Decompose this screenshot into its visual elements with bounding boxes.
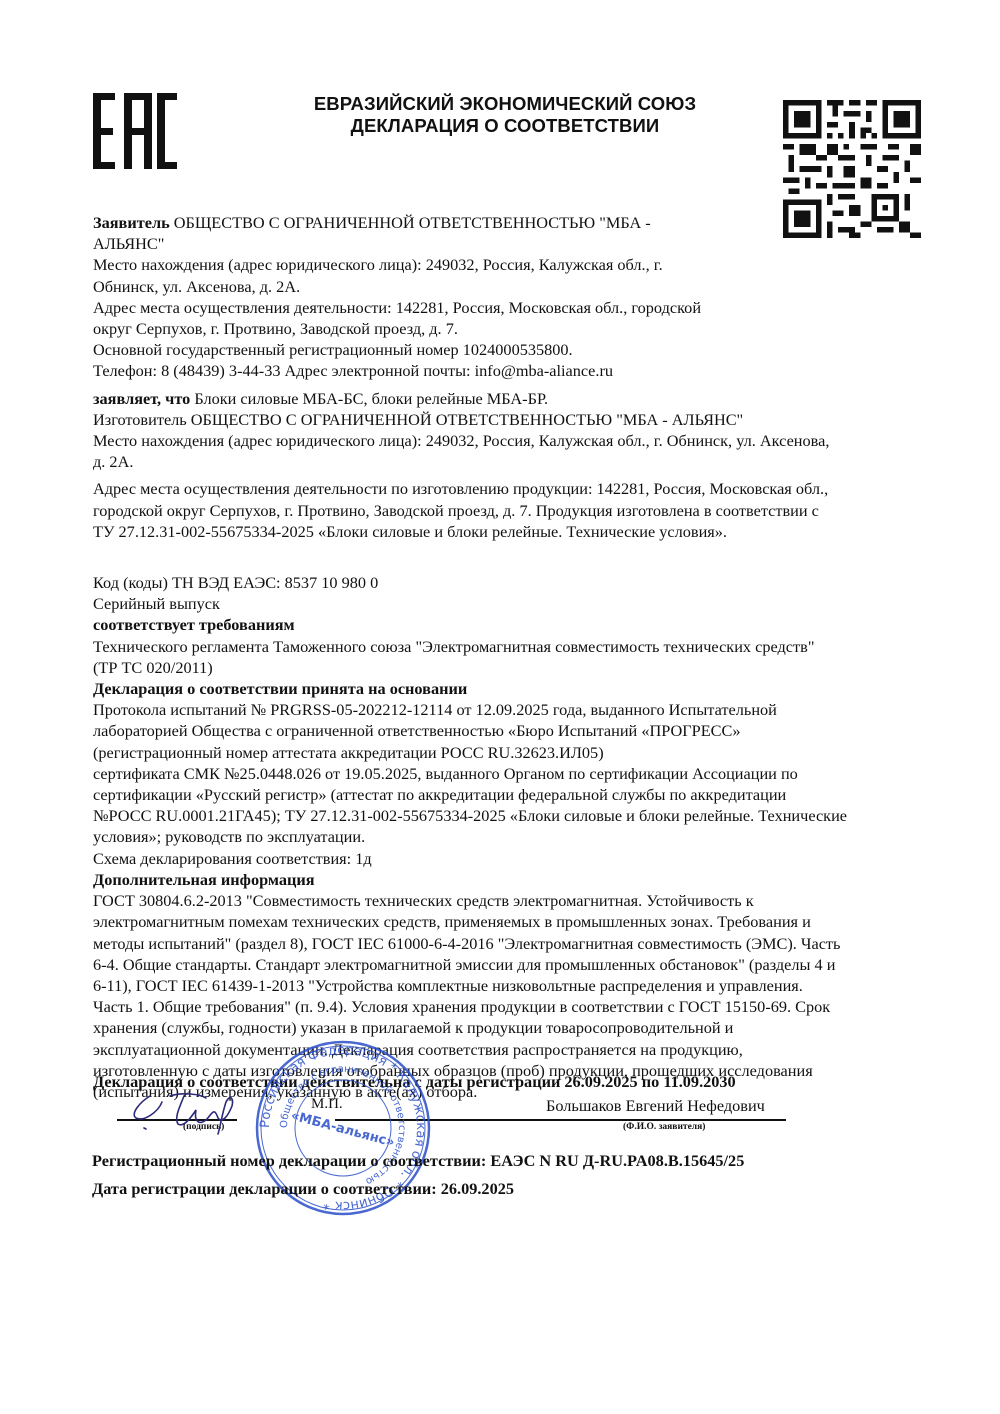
- applicant-name: ОБЩЕСТВО С ОГРАНИЧЕННОЙ ОТВЕТСТВЕННОСТЬЮ…: [170, 213, 651, 232]
- basis-line: лабораторией Общества с ограниченной отв…: [93, 720, 913, 741]
- declaration-body: Заявитель ОБЩЕСТВО С ОГРАНИЧЕННОЙ ОТВЕТС…: [93, 212, 913, 1102]
- registration-date: Дата регистрации декларации о соответств…: [92, 1179, 514, 1199]
- additional-line: 6-4. Общие стандарты. Стандарт электрома…: [93, 954, 913, 975]
- manufacturer: Изготовитель ОБЩЕСТВО С ОГРАНИЧЕННОЙ ОТВ…: [93, 409, 913, 430]
- declares-label: заявляет, что: [93, 389, 190, 408]
- basis-line: сертификата СМК №25.0448.026 от 19.05.20…: [93, 763, 913, 784]
- basis-line: Протокола испытаний № PRGRSS-05-202212-1…: [93, 699, 913, 720]
- basis-line: Схема декларирования соответствия: 1д: [93, 848, 913, 869]
- applicant-label: Заявитель: [93, 213, 170, 232]
- compliance-regulation: Технического регламента Таможенного союз…: [93, 636, 913, 657]
- manufacturer-address-cont: д. 2А.: [93, 451, 913, 472]
- seal-place-label: М.П.: [311, 1096, 343, 1113]
- declares-line: заявляет, что Блоки силовые МБА-БС, блок…: [93, 388, 913, 409]
- production-address-cont: городской округ Серпухов, г. Протвино, З…: [93, 500, 913, 521]
- applicant-activity-address-cont: округ Серпухов, г. Протвино, Заводской п…: [93, 318, 913, 339]
- manufacturer-address: Место нахождения (адрес юридического лиц…: [93, 430, 913, 451]
- signer-name: Большаков Евгений Нефедович: [546, 1096, 765, 1116]
- svg-text:«МБА-альянс»: «МБА-альянс»: [289, 1108, 396, 1150]
- name-line: [335, 1119, 786, 1121]
- additional-line: Часть 1. Общие требования" (п. 9.4). Усл…: [93, 996, 913, 1017]
- additional-line: ГОСТ 30804.6.2-2013 "Совместимость техни…: [93, 890, 913, 911]
- additional-line: методы испытаний" (раздел 8), ГОСТ IEC 6…: [93, 933, 913, 954]
- registration-number: Регистрационный номер декларации о соотв…: [92, 1151, 744, 1171]
- additional-line: электромагнитным помехам технических сре…: [93, 911, 913, 932]
- union-title: ЕВРАЗИЙСКИЙ ЭКОНОМИЧЕСКИЙ СОЮЗ: [270, 93, 740, 115]
- signature-label: (подпись): [183, 1122, 224, 1132]
- applicant-line: Заявитель ОБЩЕСТВО С ОГРАНИЧЕННОЙ ОТВЕТС…: [93, 212, 913, 233]
- signature-line: [117, 1119, 237, 1121]
- additional-line: 6-11), ГОСТ IEC 61439-1-2013 "Устройства…: [93, 975, 913, 996]
- production-spec: ТУ 27.12.31-002-55675334-2025 «Блоки сил…: [93, 521, 913, 542]
- name-label: (Ф.И.О. заявителя): [623, 1122, 705, 1132]
- applicant-legal-address-cont: Обнинск, ул. Аксенова, д. 2А.: [93, 276, 913, 297]
- additional-line: хранения (службы, годности) указан в при…: [93, 1017, 913, 1038]
- compliance-regulation-cont: (ТР ТС 020/2011): [93, 657, 913, 678]
- document-title: ДЕКЛАРАЦИЯ О СООТВЕТСТВИИ: [270, 115, 740, 137]
- applicant-legal-address: Место нахождения (адрес юридического лиц…: [93, 254, 913, 275]
- tn-ved-code: Код (коды) ТН ВЭД ЕАЭС: 8537 10 980 0: [93, 572, 913, 593]
- release-type: Серийный выпуск: [93, 593, 913, 614]
- applicant-activity-address: Адрес места осуществления деятельности: …: [93, 297, 913, 318]
- eac-mark-icon: [93, 93, 177, 169]
- applicant-name-cont: АЛЬЯНС": [93, 233, 913, 254]
- basis-line: условия»; руководств по эксплуатации.: [93, 826, 913, 847]
- basis-line: (регистрационный номер аттестата аккреди…: [93, 742, 913, 763]
- basis-line: сертификации «Русский регистр» (аттестат…: [93, 784, 913, 805]
- validity-period: Декларация о соответствии действительна …: [93, 1072, 736, 1092]
- additional-line: эксплуатационной документации. Деклараци…: [93, 1039, 913, 1060]
- production-address: Адрес места осуществления деятельности п…: [93, 478, 913, 499]
- product-name: Блоки силовые МБА-БС, блоки релейные МБА…: [190, 389, 548, 408]
- compliance-heading: соответствует требованиям: [93, 614, 913, 635]
- additional-heading: Дополнительная информация: [93, 869, 913, 890]
- applicant-contacts: Телефон: 8 (48439) 3-44-33 Адрес электро…: [93, 360, 913, 381]
- applicant-ogrn: Основной государственный регистрационный…: [93, 339, 913, 360]
- basis-heading: Декларация о соответствии принята на осн…: [93, 678, 913, 699]
- document-header: ЕВРАЗИЙСКИЙ ЭКОНОМИЧЕСКИЙ СОЮЗ ДЕКЛАРАЦИ…: [270, 93, 740, 137]
- basis-line: №РОСС RU.0001.21ГА45); ТУ 27.12.31-002-5…: [93, 805, 913, 826]
